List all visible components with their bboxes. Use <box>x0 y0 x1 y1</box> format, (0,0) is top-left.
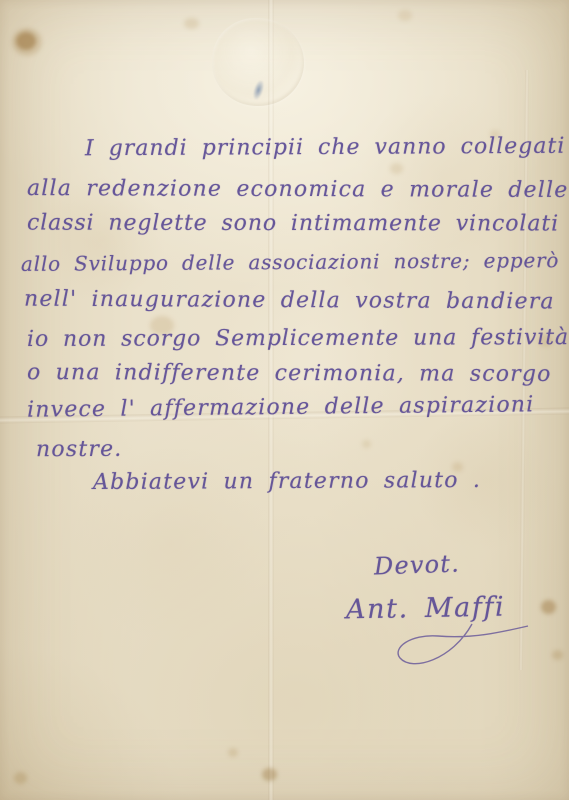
foxing-stain <box>541 600 556 614</box>
letter-line: o una indifferente cerimonia, ma scorgo <box>27 360 552 387</box>
signature-flourish <box>352 622 532 670</box>
letter-line: classi neglette sono intimamente vincola… <box>27 211 559 237</box>
foxing-stain <box>552 650 563 660</box>
foxing-stain <box>362 440 371 448</box>
letter-line: I grandi principii che vanno collegati <box>85 134 565 162</box>
signature-name: Ant. Maffi <box>346 592 506 626</box>
foxing-stain <box>16 32 36 50</box>
closing-line: Abbiatevi un fraterno saluto . <box>93 468 481 495</box>
letter-line: invece l' affermazione delle aspirazioni <box>27 392 535 422</box>
foxing-stain <box>14 772 27 784</box>
letter-line: io non scorgo Semplicemente una festivit… <box>27 325 569 352</box>
letter-paper: I grandi principii che vanno collegati a… <box>0 0 569 800</box>
foxing-stain <box>228 748 238 757</box>
foxing-stain <box>12 28 42 56</box>
foxing-stain <box>390 163 403 174</box>
letter-line: alla redenzione economica e morale delle <box>27 176 569 203</box>
letter-line: nell' inaugurazione della vostra bandier… <box>24 287 555 315</box>
foxing-stain <box>262 768 277 781</box>
foxing-stain <box>184 18 199 29</box>
letter-line: nostre. <box>36 437 123 462</box>
letter-line: allo Sviluppo delle associazioni nostre;… <box>21 248 559 276</box>
foxing-stain <box>398 10 412 21</box>
valediction: Devot. <box>374 550 461 581</box>
